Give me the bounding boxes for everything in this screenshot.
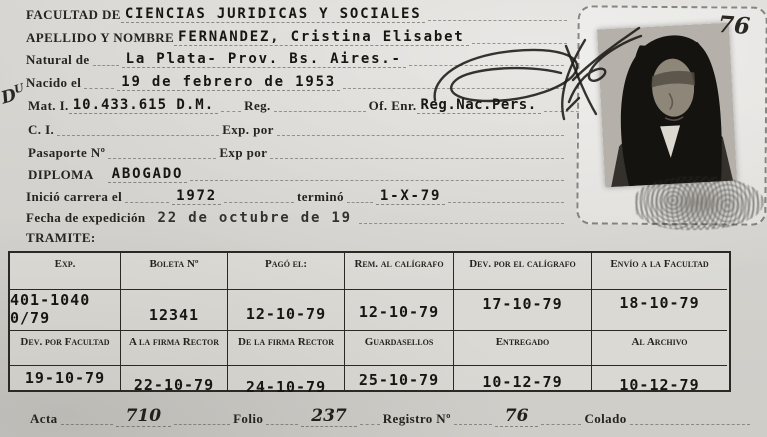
dotted-rule bbox=[224, 201, 294, 203]
registro-label: Registro Nº bbox=[383, 412, 451, 427]
field-cedula: C. I. Exp. por bbox=[28, 118, 567, 138]
ci-label: C. I. bbox=[28, 123, 54, 138]
dotted-rule bbox=[221, 110, 241, 112]
table-header-dev-facultad: Dev. por Facultad bbox=[10, 331, 121, 366]
acta-label: Acta bbox=[30, 412, 58, 427]
table-header-exp: Exp. bbox=[10, 253, 121, 290]
table-cell-guardasellos: 25-10-79 bbox=[345, 366, 454, 390]
natural-value: La Plata- Prov. Bs. Aires.- bbox=[122, 52, 406, 68]
dotted-rule bbox=[544, 110, 579, 112]
dotted-rule bbox=[266, 423, 298, 425]
dotted-rule bbox=[541, 423, 581, 425]
tramite-table: Exp. Boleta Nº Pagó el: Rem. al calígraf… bbox=[8, 251, 731, 392]
field-diploma: DIPLOMA ABOGADO bbox=[28, 163, 567, 183]
dotted-rule bbox=[343, 87, 564, 89]
inicio-label: Inició carrera el bbox=[26, 190, 122, 205]
termino-value: 1-X-79 bbox=[376, 189, 445, 205]
field-tramite: TRAMITE: bbox=[26, 226, 96, 246]
facultad-label: FACULTAD DE bbox=[26, 8, 121, 23]
table-header-envio-facultad: Envío a la Facultad bbox=[592, 253, 727, 290]
field-pasaporte: Pasaporte Nº Exp por bbox=[28, 141, 567, 161]
dotted-rule bbox=[360, 423, 380, 425]
apellido-label: APELLIDO Y NOMBRE bbox=[26, 31, 174, 46]
field-fecha-expedicion: Fecha de expedición 22 de octubre de 19 bbox=[26, 206, 567, 226]
field-facultad: FACULTAD DE CIENCIAS JURIDICAS Y SOCIALE… bbox=[26, 3, 570, 23]
dotted-rule bbox=[93, 64, 119, 66]
dotted-rule bbox=[108, 157, 216, 159]
table-header-al-archivo: Al Archivo bbox=[592, 331, 727, 366]
folio-value: 237 bbox=[301, 408, 357, 427]
table-header-a-firma-rector: A la firma Rector bbox=[121, 331, 228, 366]
dotted-rule bbox=[84, 87, 114, 89]
dotted-rule bbox=[347, 201, 373, 203]
table-cell-a-firma-rector: 22-10-79 bbox=[121, 366, 228, 390]
dotted-rule bbox=[61, 423, 113, 425]
table-cell-dev-facultad: 19-10-79 bbox=[10, 366, 121, 390]
facultad-value: CIENCIAS JURIDICAS Y SOCIALES bbox=[121, 7, 426, 23]
footer-registry-line: Acta 710 Folio 237 Registro Nº 76 Colado bbox=[30, 401, 753, 427]
table-header-dev-caligrafo: Dev. por el calígrafo bbox=[454, 253, 592, 290]
fecha-label: Fecha de expedición bbox=[26, 211, 146, 226]
table-cell-entregado: 10-12-79 bbox=[454, 366, 592, 390]
nacido-label: Nacido el bbox=[26, 76, 81, 91]
dotted-rule bbox=[359, 222, 564, 224]
table-header-pago: Pagó el: bbox=[228, 253, 345, 290]
mat-value: 10.433.615 D.M. bbox=[69, 98, 218, 114]
table-header-de-firma-rector: De la firma Rector bbox=[228, 331, 345, 366]
field-apellido-nombre: APELLIDO Y NOMBRE FERNANDEZ, Cristina El… bbox=[26, 26, 570, 46]
table-header-guardasellos: Guardasellos bbox=[345, 331, 454, 366]
dotted-rule bbox=[454, 423, 492, 425]
table-cell-boleta: 12341 bbox=[121, 290, 228, 331]
fecha-value: 22 de octubre de 19 bbox=[154, 211, 356, 226]
field-natural-de: Natural de La Plata- Prov. Bs. Aires.- bbox=[26, 48, 567, 68]
dotted-rule bbox=[630, 423, 750, 425]
table-header-rem-caligrafo: Rem. al calígrafo bbox=[345, 253, 454, 290]
dotted-rule bbox=[174, 423, 230, 425]
table-cell-al-archivo: 10-12-79 bbox=[592, 366, 727, 390]
reg-label: Reg. bbox=[244, 99, 271, 114]
table-header-boleta: Boleta Nº bbox=[121, 253, 228, 290]
natural-label: Natural de bbox=[26, 53, 90, 68]
dotted-rule bbox=[409, 64, 564, 66]
handwritten-margin-mark: DU bbox=[0, 81, 28, 109]
portrait-illustration bbox=[597, 23, 737, 188]
dotted-rule bbox=[277, 134, 564, 136]
table-cell-pago: 12-10-79 bbox=[228, 290, 345, 331]
dotted-rule bbox=[57, 134, 219, 136]
ci-exp-label: Exp. por bbox=[222, 123, 274, 138]
scanned-record-card: FACULTAD DE CIENCIAS JURIDICAS Y SOCIALE… bbox=[0, 0, 767, 437]
termino-label: terminó bbox=[297, 190, 344, 205]
table-cell-de-firma-rector: 24-10-79 bbox=[228, 366, 345, 390]
dotted-rule bbox=[125, 201, 169, 203]
dotted-rule bbox=[274, 110, 366, 112]
dotted-rule bbox=[448, 201, 564, 203]
colado-label: Colado bbox=[584, 412, 626, 427]
inicio-value: 1972 bbox=[172, 189, 221, 205]
pasaporte-exp-label: Exp por bbox=[219, 146, 267, 161]
folio-label: Folio bbox=[233, 412, 263, 427]
of-enr-label: Of. Enr. bbox=[369, 99, 417, 114]
pasaporte-label: Pasaporte Nº bbox=[28, 146, 105, 161]
table-cell-dev-caligrafo: 17-10-79 bbox=[454, 290, 592, 331]
table-cell-envio-facultad: 18-10-79 bbox=[592, 290, 727, 331]
apellido-value: FERNANDEZ, Cristina Elisabet bbox=[174, 30, 468, 46]
field-carrera: Inició carrera el 1972 terminó 1-X-79 bbox=[26, 185, 567, 205]
handwritten-page-number: 76 bbox=[717, 11, 751, 40]
table-header-entregado: Entregado bbox=[454, 331, 592, 366]
of-enr-value: Reg.Nac.Pers. bbox=[417, 98, 541, 114]
table-cell-exp: 401-10400/79 bbox=[10, 290, 121, 331]
table-cell-rem-caligrafo: 12-10-79 bbox=[345, 290, 454, 331]
diploma-label: DIPLOMA bbox=[28, 168, 94, 183]
acta-value: 710 bbox=[116, 408, 172, 427]
dotted-rule bbox=[428, 19, 567, 21]
field-nacido-el: Nacido el 19 de febrero de 1953 bbox=[26, 71, 567, 91]
mat-label: Mat. I. bbox=[28, 99, 69, 114]
tramite-label: TRAMITE: bbox=[26, 231, 96, 246]
nacido-value: 19 de febrero de 1953 bbox=[117, 75, 340, 91]
dotted-rule bbox=[190, 179, 564, 181]
registro-value: 76 bbox=[495, 408, 539, 427]
field-matricula: Mat. I. 10.433.615 D.M. Reg. Of. Enr. Re… bbox=[28, 94, 582, 114]
diploma-value: ABOGADO bbox=[108, 167, 188, 183]
portrait-photo bbox=[597, 23, 737, 188]
dotted-rule bbox=[472, 42, 567, 44]
dotted-rule bbox=[270, 157, 564, 159]
